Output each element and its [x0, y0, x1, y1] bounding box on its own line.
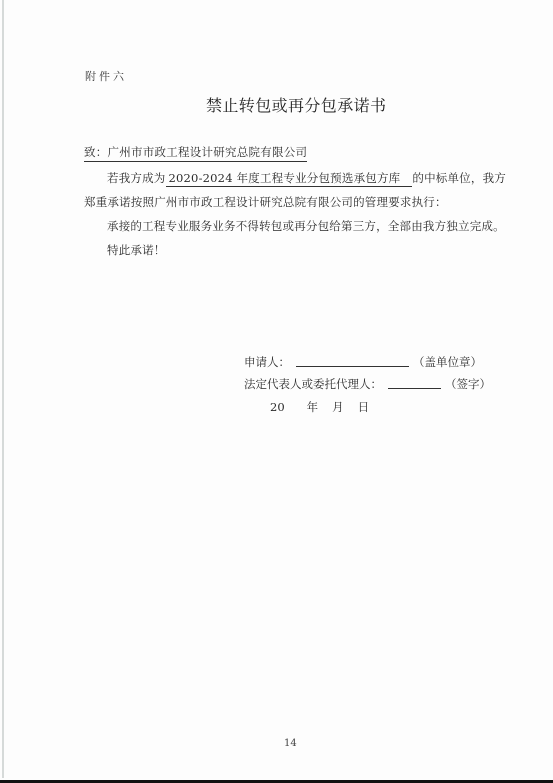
- attachment-label: 附件六: [85, 68, 127, 84]
- date-day-label: 日: [358, 399, 370, 415]
- paragraph-no-subcontract: 承接的工程专业服务业务不得转包或再分包给第三方，全部由我方独立完成。: [107, 218, 505, 234]
- signature-date-row: 20年月日: [270, 399, 369, 415]
- applicant-label: 申请人：: [244, 355, 290, 369]
- document-page: 附件六 禁止转包或再分包承诺书 致：广州市市政工程设计研究总院有限公司 若我方成…: [0, 0, 553, 783]
- page-number: 14: [284, 738, 297, 749]
- date-year-prefix: 20: [270, 400, 285, 414]
- document-title: 禁止转包或再分包承诺书: [206, 93, 386, 116]
- paragraph-commitment-intro: 若我方成为2020-2024 年度工程专业分包预选承包方库的中标单位，我方: [107, 170, 506, 186]
- date-month-label: 月: [332, 399, 344, 415]
- page-left-edge: [2, 0, 4, 778]
- p1-project-name: 2020-2024 年度工程专业分包预选承包方库: [166, 171, 413, 187]
- p1-suffix: 的中标单位，我方: [412, 171, 506, 185]
- paragraph-commitment-continuation: 郑重承诺按照广州市市政工程设计研究总院有限公司的管理要求执行：: [84, 194, 447, 210]
- paragraph-closing: 特此承诺！: [107, 242, 166, 258]
- addressee-line: 致：广州市市政工程设计研究总院有限公司: [84, 144, 307, 162]
- applicant-seal-note: （盖单位章）: [413, 355, 482, 369]
- representative-sign-note: （签字）: [445, 377, 491, 391]
- p1-prefix: 若我方成为: [107, 171, 166, 185]
- applicant-blank-line: [296, 366, 409, 367]
- signature-representative-row: 法定代表人或委托代理人：（签字）: [244, 376, 491, 392]
- signature-applicant-row: 申请人：（盖单位章）: [244, 354, 482, 370]
- representative-blank-line: [388, 388, 441, 389]
- representative-label: 法定代表人或委托代理人：: [244, 377, 382, 391]
- date-year-label: 年: [307, 399, 319, 415]
